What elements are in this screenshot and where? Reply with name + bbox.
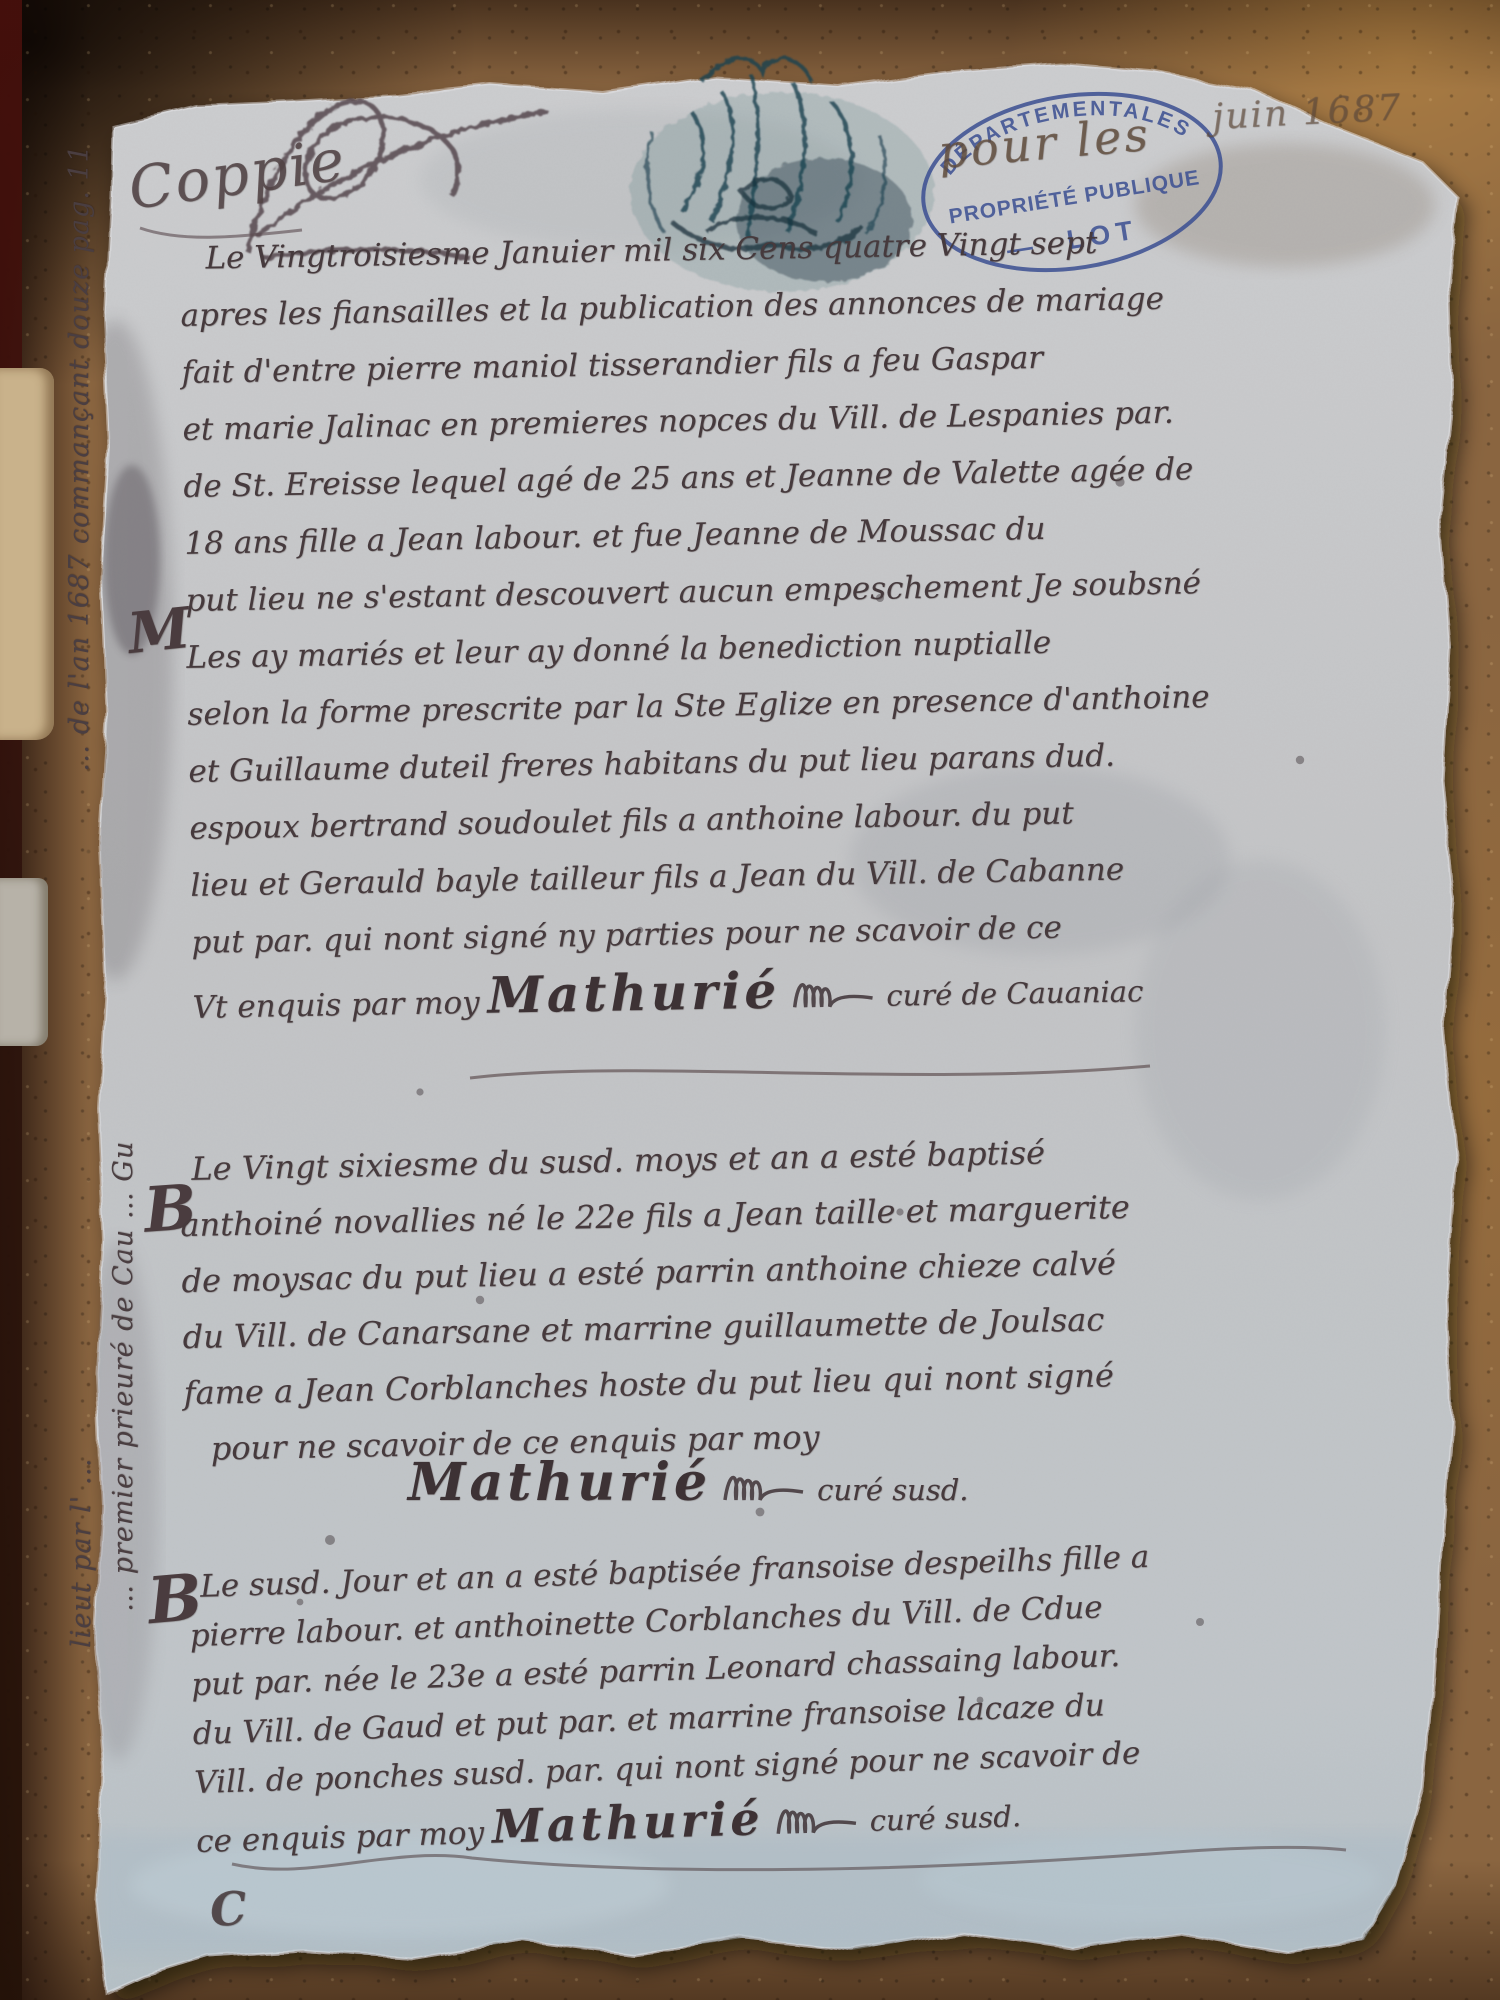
record-line: Vt enquis par moy	[192, 975, 480, 1037]
baptism-record-1: Le Vingt sixiesme du susd. moys et an a …	[179, 1123, 1135, 1477]
signature-paraph-icon	[788, 970, 879, 1016]
signature-title: curé susd.	[869, 1792, 1022, 1846]
priest-signature: Mathurié	[408, 1452, 711, 1513]
margin-note-vertical-bottom-2: lieut par l' …	[66, 1178, 97, 1648]
baptism-record-2: Le susd. Jour et an a esté baptisée fran…	[187, 1533, 1157, 1867]
signature-title: curé de Cauaniac	[886, 963, 1144, 1024]
photographed-manuscript-scene: DÉPARTEMENTALES PROPRIÉTÉ PUBLIQUE — LOT…	[0, 0, 1500, 2000]
marginal-letter-m: M	[125, 595, 194, 667]
signature-paraph-icon	[771, 1795, 862, 1842]
record-line: ce enquis par moy	[195, 1809, 484, 1867]
marriage-record: Le Vingtroisiesme Januier mil six Cens q…	[179, 213, 1215, 1037]
priest-signature: Mathurié	[487, 962, 781, 1024]
marginal-letter-c: C	[208, 1881, 248, 1937]
signature-paraph-icon	[719, 1464, 809, 1508]
margin-note-vertical-top: … de l'an 1687 commançant douze pag. 11	[64, 132, 95, 772]
priest-signature: Mathurié	[491, 1794, 764, 1852]
margin-note-vertical-bottom-1: … premier prieuré de Cau … Gu	[108, 988, 139, 1612]
baptism-1-signature-row: Mathurié curé susd.	[408, 1452, 969, 1513]
signature-title: curé susd.	[817, 1473, 968, 1507]
